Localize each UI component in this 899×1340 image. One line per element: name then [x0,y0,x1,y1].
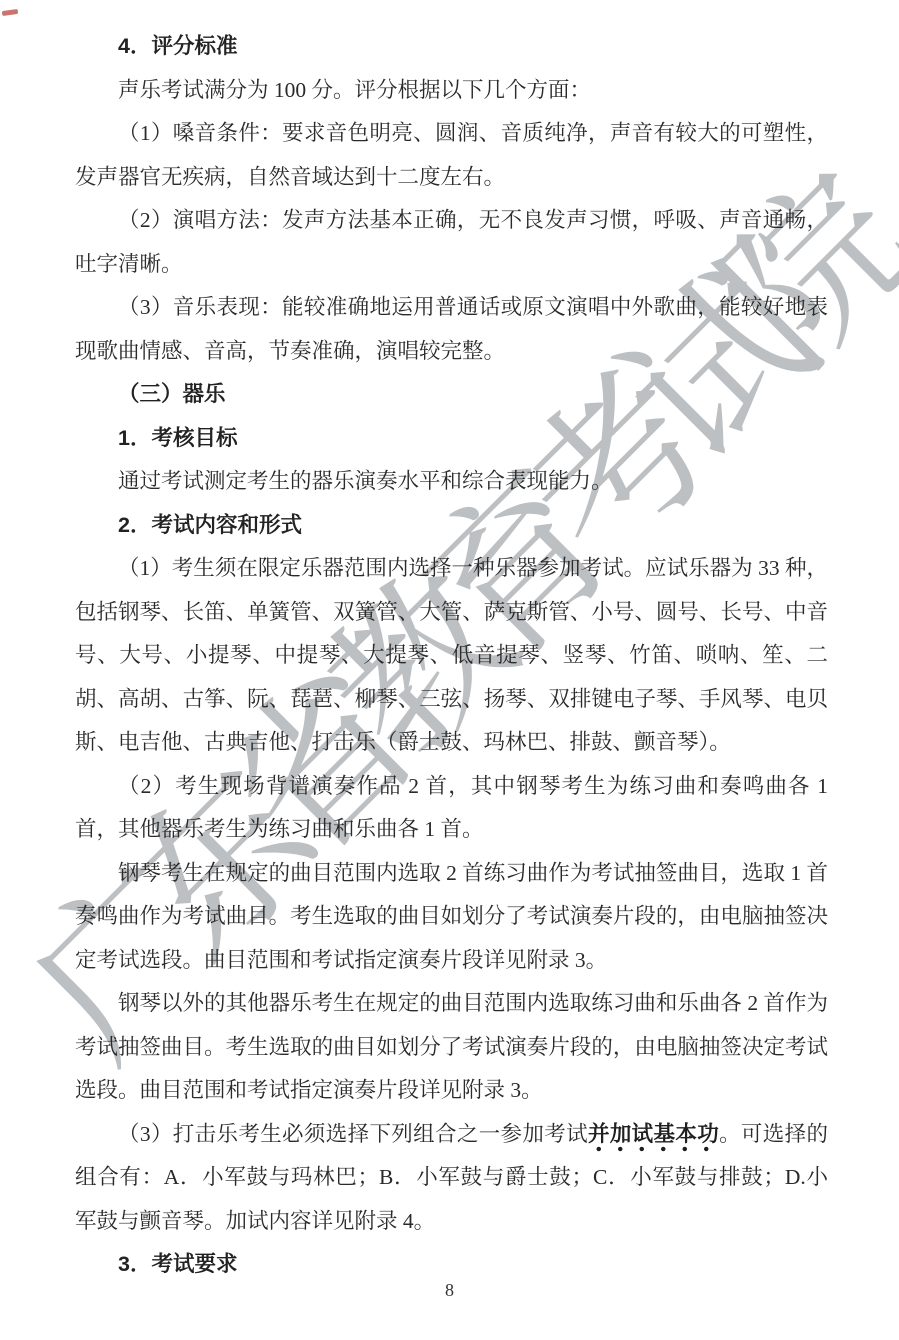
paragraph-voice-condition: （1）嗓音条件：要求音色明亮、圆润、音质纯净，声音有较大的可塑性，发声器官无疾病… [75,112,828,199]
document-body: 4．评分标准 声乐考试满分为 100 分。评分根据以下几个方面： （1）嗓音条件… [75,25,828,1287]
scanned-document-page: 广东省教育考试院 4．评分标准 声乐考试满分为 100 分。评分根据以下几个方面… [0,0,899,1340]
paragraph-piano-repertoire: 钢琴考生在规定的曲目范围内选取 2 首练习曲作为考试抽签曲目，选取 1 首奏鸣曲… [75,852,828,983]
emphasized-extra-basic-skills-test: 并加试基本功 [588,1122,719,1152]
scan-artifact-mark [2,9,19,16]
page-number: 8 [0,1280,899,1301]
heading-scoring-criteria: 4．评分标准 [75,25,828,69]
heading-assessment-goal: 1．考核目标 [75,417,828,461]
percussion-pre-text: （3）打击乐考生必须选择下列组合之一参加考试 [118,1122,588,1146]
paragraph-other-instruments-repertoire: 钢琴以外的其他器乐考生在规定的曲目范围内选取练习曲和乐曲各 2 首作为考试抽签曲… [75,982,828,1113]
paragraph-vocal-total-score: 声乐考试满分为 100 分。评分根据以下几个方面： [75,69,828,113]
paragraph-instrument-list: （1）考生须在限定乐器范围内选择一种乐器参加考试。应试乐器为 33 种，包括钢琴… [75,547,828,765]
paragraph-percussion-combos: （3）打击乐考生必须选择下列组合之一参加考试并加试基本功。可选择的组合有：A．小… [75,1113,828,1244]
paragraph-performance-pieces: （2）考生现场背谱演奏作品 2 首，其中钢琴考生为练习曲和奏鸣曲各 1 首，其他… [75,765,828,852]
paragraph-assessment-goal: 通过考试测定考生的器乐演奏水平和综合表现能力。 [75,460,828,504]
paragraph-singing-method: （2）演唱方法：发声方法基本正确，无不良发声习惯，呼吸、声音通畅，吐字清晰。 [75,199,828,286]
paragraph-musical-expression: （3）音乐表现：能较准确地运用普通话或原文演唱中外歌曲，能较好地表现歌曲情感、音… [75,286,828,373]
heading-instrumental-section: （三）器乐 [75,373,828,417]
heading-exam-content-format: 2．考试内容和形式 [75,504,828,548]
